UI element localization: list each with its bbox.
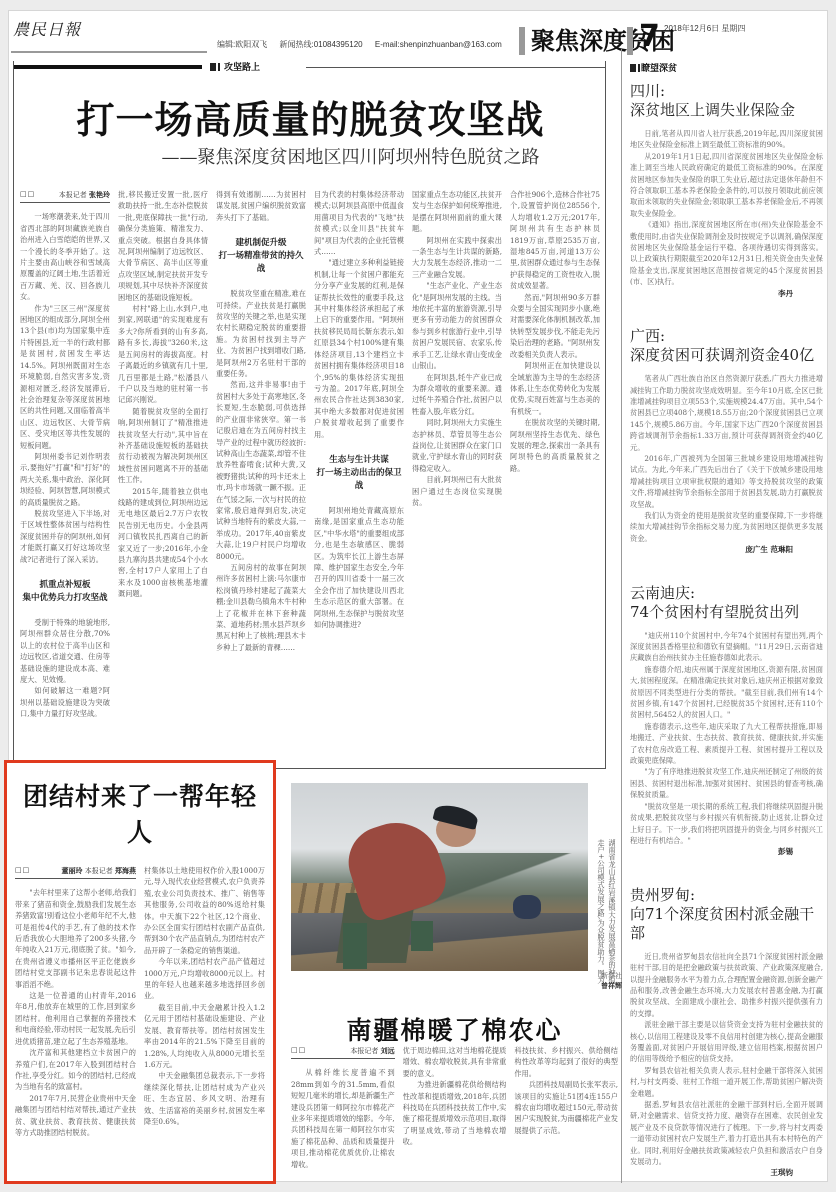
sidebar-kicker-label: 瞭望深贫 (641, 61, 677, 74)
feature-column-5: 国家重点生态功能区,扶贫开发与生态保护如何统筹推进,是摆在阿坝州面前的重大课题。… (412, 189, 502, 763)
paragraph: "迪庆州110个贫困村中,今年74个贫困村有望出列,两个深度贫困县香格里拉和德钦… (630, 630, 823, 664)
highlighted-story-headline: 团结村来了一帮年轻人 (15, 777, 265, 849)
cotton-column-2: 优于周边棉田,这对当地棉花提质增效、棉农增收脱贫,具有非常重要的意义。 为推进新… (403, 1045, 507, 1185)
paragraph: 五间房村的故事在阿坝州许多贫困村上演:马尔康市松岗镇丹珍村建起了蔬菜大棚;金川县… (216, 562, 306, 653)
paragraph: 派驻金融干部主要是以信贷资金支持为驻村金融扶贫的核心,以信用工程建设及零不良信用… (630, 1019, 823, 1065)
paragraph: 截至目前,中天金融累计投入1.2亿元用于团结村基础设施建设、产业发展、教育帮扶等… (144, 1002, 265, 1070)
byline-reporter: 郑海燕 (115, 866, 136, 875)
paragraph: 村村"路上山,水到户,电到家,网联通"的实现难度有多大?你所看到的山有多高,路有… (118, 303, 208, 406)
section-divider-bar (519, 27, 525, 55)
spacer (630, 299, 823, 319)
paragraph: 阿坝州正在加快建设以全域旅游为主导的生态经济体系,让生态优势转化为发展优势,实现… (510, 360, 600, 417)
paragraph: 2017年7月,民营企业贵州中天金融集团与团结村结对帮扶,通过产业扶贫、就业扶贫… (15, 1093, 136, 1139)
kicker-rule-right (306, 67, 606, 68)
paragraph: 国家重点生态功能区,扶贫开发与生态保护如何统筹推进,是摆在阿坝州面前的重大课题。 (412, 189, 502, 235)
brief-title: 广西: 深度贫困可获调剂资金40亿 (630, 327, 823, 365)
paragraph: 村集体以土地使用权作价入股1000万元,导入现代农业经营模式,农户负责养殖,农业… (144, 865, 265, 956)
byline-name: 董丽玲 (62, 866, 83, 875)
brief-title-line: 贵州罗甸: (630, 886, 823, 905)
paragraph: 施春德表示,这些年,迪庆采取了九大工程帮扶措施,即易地搬迁、产业扶贫、生态扶贫、… (630, 721, 823, 767)
cotton-byline: □□ 本报记者 刘远 (291, 1045, 395, 1059)
paragraph: "通过建立多种利益链接机制,让每一个贫困户都能充分分享产业发展的红利,是保证帮扶… (314, 257, 404, 440)
paragraph: 中天金融集团总裁表示,下一步将继续深化帮扶,让团结村成为产业兴旺、生态宜居、乡风… (144, 1070, 265, 1127)
paragraph: 受制于特殊的地貌地形,阿坝州群众居住分散,70%以上的农村位于高半山区和边远牧区… (20, 617, 110, 685)
newspaper-logo: 農民日報 (13, 17, 81, 40)
paragraph: 然而,"阿坝州90多万群众要与全国实现同步小康,绝对需要深化体制机制改革,加快转… (510, 292, 600, 360)
paragraph: 2015年,随着独立供电线路的建成到位,阿坝州边远无电地区最后2.7万户农牧民告… (118, 486, 208, 600)
paragraph: 批,移民搬迁安置一批,医疗救助扶持一批,生态补偿脱贫一批,兜底保障扶一批"行动,… (118, 189, 208, 303)
byline-role: 本报记者 (85, 867, 113, 875)
subheading-line: 集中优势兵力打攻坚战 (20, 592, 110, 605)
byline-author: 本报记者 刘远 (350, 1045, 394, 1057)
paragraph: 从2019年1月1日起,四川省深度贫困地区失业保险金标准上调至当地人民政府确定的… (630, 151, 823, 219)
photo-caption: 湖南省龙山县红岩溪镇大力发展富硒茶的种植,走户+公司模式发展之路,为众脱贫助力。… (594, 839, 618, 989)
news-hotline: 新闻热线:01084395120 (279, 40, 362, 49)
subheading-line: 生态与生计共谋 (314, 454, 404, 467)
photo-credit: 新华社 曾祥辉 (592, 971, 622, 991)
brief-author: 庞广生 范琳阳 (630, 544, 823, 555)
brief-yunnan-diqing[interactable]: 云南迪庆: 74个贫困村有望脱贫出列 "迪庆州110个贫困村中,今年74个贫困村… (630, 584, 823, 858)
spacer (630, 858, 823, 878)
paragraph: 目前,阿坝州已有大批贫困户通过生态岗位实现脱贫。 (412, 474, 502, 508)
paragraph: 阿坝州地处青藏高原东南缘,是国家重点生态功能区,"中华水塔"的重要组成部分,也是… (314, 505, 404, 630)
paragraph: 在阿坝县,牦牛产业已成为群众增收的重要来源。通过牦牛养殖合作社,贫困户以牲畜入股… (412, 372, 502, 418)
paragraph: 在脱贫攻坚的关键时期,阿坝州坚持生态优先、绿色发展的理念,探索出一条具有阿坝特色… (510, 417, 600, 474)
brief-guangxi[interactable]: 广西: 深度贫困可获调剂资金40亿 笔者从广西壮族自治区自然资源厅获悉,广西大力… (630, 327, 823, 556)
byline-role: 本报记者 (350, 1047, 378, 1055)
brief-title: 四川: 深贫地区上调失业保险金 (630, 82, 823, 120)
paragraph: "去年村里来了这帮小老师,给我们带来了猪苗和资金,鼓励我们发展生态养猪致富!别看… (15, 887, 136, 990)
subheading-line: 建机制促升级 (216, 237, 306, 250)
brief-author: 王琪钧 (630, 1167, 823, 1178)
feature-column-6: 合作社906个,造林合作社75个,设置管护岗位28556个,人均增收1.2万元;… (510, 189, 600, 763)
photo-boot (411, 921, 433, 951)
paragraph: 日前,笔者从四川省人社厅获悉,2019年起,四川深度贫困地区失业保险金标准上调至… (630, 128, 823, 151)
brief-title-line: 广西: (630, 327, 823, 346)
paragraph: 随着脱贫攻坚的全面打响,阿坝州制订了"精准推进扶贫攻坚大行动",其中旨在补齐基础… (118, 406, 208, 486)
brief-title-line: 深度贫困可获调剂资金40亿 (630, 346, 823, 365)
brief-title-line: 深贫地区上调失业保险金 (630, 101, 823, 120)
kicker-rule-left (14, 65, 202, 69)
section-subheading: 生态与生计共谋 打一场主动出击的保卫战 (314, 454, 404, 493)
paragraph: 优于周边棉田,这对当地棉花提质增效、棉农增收脱贫,具有非常重要的意义。 (403, 1045, 507, 1079)
spacer (630, 556, 823, 576)
feature-column-3: 得到有效遏制……为贫困村谋发展,贫困户编织脱贫致富奔头打下了基础。 建机制促升级… (216, 189, 306, 763)
subheading-line: 抓重点补短板 (20, 579, 110, 592)
editor-credit: 编辑:欧阳双飞 (217, 40, 267, 49)
paragraph: 科技扶贫、乡村振兴、供给侧结构性改革等均起到了很好的典型作用。 (514, 1045, 618, 1079)
feature-column-1: □□ 本报记者 张艳玲 一场寒潮袭来,处于四川省西北部的阿坝藏族羌族自治州进入白… (20, 189, 110, 763)
news-photo-tea-planting[interactable] (291, 783, 588, 971)
brief-body: "迪庆州110个贫困村中,今年74个贫困村有望出列,两个深度贫困县香格里拉和德钦… (630, 630, 823, 858)
feature-kicker-label: 攻坚路上 (224, 60, 260, 73)
paragraph: 然而,这并非易事!由于贫困村大多处于高寒地区,冬长夏短,生态脆弱,可供选择的产业… (216, 379, 306, 562)
paragraph: 阿坝州委书记刘作明表示,要拖好"打赢"和"打好"的两大关系,集中政治、深化阿坝经… (20, 451, 110, 508)
feature-kicker-row: 攻坚路上 (14, 61, 607, 75)
paragraph: 脱贫攻坚重在精准,难在可持续。产业扶贫是打赢脱贫攻坚的关键之举,也是实现农村长期… (216, 288, 306, 379)
brief-title-line: 四川: (630, 82, 823, 101)
cotton-column-3: 科技扶贫、乡村振兴、供给侧结构性改革等均起到了很好的典型作用。 兵团科技局副局长… (514, 1045, 618, 1185)
paragraph: 据悉,罗甸县农信社派驻的金融干部到村后,全面开展调研,对金融需求、信贷支持力度、… (630, 1099, 823, 1167)
byline-author: 董丽玲 本报记者 郑海燕 (62, 865, 136, 877)
brief-sichuan[interactable]: 四川: 深贫地区上调失业保险金 日前,笔者从四川省人社厅获悉,2019年起,四川… (630, 82, 823, 299)
feature-subhead: ——聚焦深度贫困地区四川阿坝州特色脱贫之路 (14, 143, 607, 169)
paragraph: "脱贫攻坚是一项长期的系统工程,我们将继续巩固提升脱贫成果,把脱贫攻坚与乡村振兴… (630, 801, 823, 847)
paragraph: 阿坝州在实践中探索出一条生态与生计共谋的新路,大力发展生态经济,推动一二三产业融… (412, 235, 502, 281)
byline-placeholder: □□ (15, 865, 30, 877)
masthead-contact-info: 编辑:欧阳双飞 新闻热线:01084395120 E-mail:shenpinz… (217, 39, 512, 50)
section-subheading: 抓重点补短板 集中优势兵力打攻坚战 (20, 579, 110, 605)
paragraph: 罗甸县农信社相关负责人表示,驻村金融干部将深入贫困村,与村支两委、驻村工作组一道… (630, 1065, 823, 1099)
feature-article[interactable]: 攻坚路上 打一场高质量的脱贫攻坚战 ——聚焦深度贫困地区四川阿坝州特色脱贫之路 … (13, 61, 606, 769)
sidebar-kicker: 瞭望深贫 (630, 61, 823, 74)
paragraph: 我们认为资金的使用是脱贫攻坚的重要保障,下一步将继续加大增减挂钩节余指标交易力度… (630, 510, 823, 544)
subheading-line: 打一场主动出击的保卫战 (314, 467, 404, 493)
brief-title: 贵州罗甸: 向71个深度贫困村派金融干部 (630, 886, 823, 943)
photo-credit-name: 曾祥辉 (592, 981, 622, 991)
brief-author: 李丹 (630, 288, 823, 299)
paragraph: "生态产业化、产业生态化"是阿坝州发展的主线。当地依托丰富的旅游资源,引导更多有… (412, 280, 502, 371)
feature-column-2: 批,移民搬迁安置一批,医疗救助扶持一批,生态补偿脱贫一批,兜底保障扶一批"行动,… (118, 189, 208, 763)
brief-body: 日前,笔者从四川省人社厅获悉,2019年起,四川深度贫困地区失业保险金标准上调至… (630, 128, 823, 299)
paragraph: 得到有效遏制……为贫困村谋发展,贫困户编织脱贫致富奔头打下了基础。 (216, 189, 306, 223)
paragraph: 近日,贵州省罗甸县农信社向全县71个深度贫困村派金融驻村干部,目的是把金融政策与… (630, 951, 823, 1019)
feature-byline: □□ 本报记者 张艳玲 (20, 189, 110, 203)
paragraph: 同时,阿坝州大力实施生态护林员、草管员等生态公益岗位,让贫困群众在家门口就业,守… (412, 417, 502, 474)
contact-email[interactable]: E-mail:shenpinzhuanban@163.com (375, 40, 502, 49)
cotton-story-headline[interactable]: 南疆棉暖了棉农心 (291, 1011, 618, 1047)
paragraph: 这是一位普通的山村青年,2016年8月,他放弃在城里的工作,回到家乡团结村。他利… (15, 990, 136, 1047)
highlighted-byline: □□ 董丽玲 本报记者 郑海燕 (15, 865, 136, 879)
byline-author: 本报记者 张艳玲 (59, 189, 110, 201)
highlighted-story-body: □□ 董丽玲 本报记者 郑海燕 "去年村里来了这帮小老师,给我们带来了猪苗和资金… (15, 865, 265, 1192)
byline-name: 刘远 (381, 1046, 395, 1055)
highlighted-column-1: □□ 董丽玲 本报记者 郑海燕 "去年村里来了这帮小老师,给我们带来了猪苗和资金… (15, 865, 136, 1192)
paragraph: 合作社906个,造林合作社75个,设置管护岗位28556个,人均增收1.2万元;… (510, 189, 600, 292)
subheading-line: 打一场精准带贫的持久战 (216, 250, 306, 276)
feature-column-4: 目为代表的村集体经济带动模式;以阿坝县高原中低温食用菌项目为代表的"飞地"扶贫模… (314, 189, 404, 763)
brief-title-line: 云南迪庆: (630, 584, 823, 603)
brief-title: 云南迪庆: 74个贫困村有望脱贫出列 (630, 584, 823, 622)
sidebar-news-briefs: 瞭望深贫 四川: 深贫地区上调失业保险金 日前,笔者从四川省人社厅获悉,2019… (621, 49, 829, 1183)
paragraph: 一场寒潮袭来,处于四川省西北部的阿坝藏族羌族自治州进入白雪皑皑的世界,又一个漫长… (20, 211, 110, 302)
brief-title-line: 74个贫困村有望脱贫出列 (630, 603, 823, 622)
photo-background-worker (513, 895, 541, 919)
paragraph: 目为代表的村集体经济带动模式;以阿坝县高原中低温食用菌项目为代表的"飞地"扶贫模… (314, 189, 404, 257)
byline-placeholder: □□ (20, 189, 35, 201)
cotton-column-1: □□ 本报记者 刘远 从棉纤维长度普遍不到28mm到如今的31.5mm,看似短短… (291, 1045, 395, 1185)
feature-body-columns: □□ 本报记者 张艳玲 一场寒潮袭来,处于四川省西北部的阿坝藏族羌族自治州进入白… (20, 189, 600, 763)
masthead-rule (11, 51, 207, 53)
section-subheading: 建机制促升级 打一场精准带贫的持久战 (216, 237, 306, 276)
brief-guizhou-luodian[interactable]: 贵州罗甸: 向71个深度贫困村派金融干部 近日,贵州省罗甸县农信社向全县71个深… (630, 886, 823, 1179)
byline-placeholder: □□ (291, 1045, 306, 1057)
brief-body: 笔者从广西壮族自治区自然资源厅获悉,广西大力推进增减挂钩工作助力脱贫攻坚成效明显… (630, 373, 823, 556)
paragraph: 2016年,广西被列为全国第三批城乡建设用地增减挂钩试点。为此,今年来,广西先后… (630, 453, 823, 510)
paragraph: 今年以来,团结村农产品产值超过1000万元,户均增收8000元以上。村里的年轻人… (144, 956, 265, 1002)
paragraph: 兵团科技局副局长张军表示,该项目的实施让51团4连155户棉农亩均增收超过150… (514, 1079, 618, 1136)
issue-date: 2018年12月6日 星期四 (664, 23, 745, 34)
paragraph: 脱贫攻坚进入下半场,对于区域性整体贫困与结构性深度贫困并存的阿坝州,如何才能既打… (20, 508, 110, 565)
paragraph: 从棉纤维长度普遍不到28mm到如今的31.5mm,看似短短几毫米的增长,却是新疆… (291, 1067, 395, 1170)
brief-author: 彭锡 (630, 846, 823, 857)
photo-credit-agency: 新华社 (601, 972, 622, 980)
paragraph: 笔者从广西壮族自治区自然资源厅获悉,广西大力推进增减挂钩工作助力脱贫攻坚成效明显… (630, 373, 823, 453)
paragraph: "为了有序地推进脱贫攻坚工作,迪庆州还制定了州级的贫困县、贫困村退出标准,加强对… (630, 766, 823, 800)
column-marker-icon (630, 64, 638, 72)
paragraph: 作为"三区三州"深度贫困地区的组成部分,阿坝全州13个县(市)均为国家集中连片特… (20, 303, 110, 451)
brief-body: 近日,贵州省罗甸县农信社向全县71个深度贫困村派金融驻村干部,目的是把金融政策与… (630, 951, 823, 1179)
column-marker-icon (210, 63, 218, 71)
paragraph: 为推进新疆棉花供给侧结构性改革和提质增效,2018年,兵团科技局在兵团科技扶贫工… (403, 1079, 507, 1147)
highlighted-story-tuanjie-village[interactable]: 团结村来了一帮年轻人 □□ 董丽玲 本报记者 郑海燕 "去年村里来了这帮小老师,… (4, 760, 276, 1184)
byline-role: 本报记者 (59, 191, 87, 199)
photo-boot (343, 923, 367, 969)
feature-kicker: 攻坚路上 (210, 60, 260, 73)
brief-title-line: 向71个深度贫困村派金融干部 (630, 905, 823, 943)
paragraph: 沈芹富和其他建档立卡贫困户的养殖户们,在2017年入股到团结村合作社,享受分红。… (15, 1047, 136, 1093)
highlighted-column-2: 村集体以土地使用权作价入股1000万元,导入现代农业经营模式,农户负责养殖,农业… (144, 865, 265, 1192)
feature-headline: 打一场高质量的脱贫攻坚战 (14, 89, 607, 144)
cotton-story-body: □□ 本报记者 刘远 从棉纤维长度普遍不到28mm到如今的31.5mm,看似短短… (291, 1045, 618, 1185)
paragraph: 如何破解这一难题?阿坝州以基础设施建设为突破口,集中力量打好攻坚战。 (20, 685, 110, 719)
paragraph: 《通知》指出,深度贫困地区所在市(州)失业保险基金不敷使用时,由省失业保险调剂金… (630, 219, 823, 287)
byline-name: 张艳玲 (89, 190, 110, 199)
paragraph: 施春德介绍,迪庆州属于深度贫困地区,资源有限,贫困面大,贫困程度深。在精准确定扶… (630, 664, 823, 721)
